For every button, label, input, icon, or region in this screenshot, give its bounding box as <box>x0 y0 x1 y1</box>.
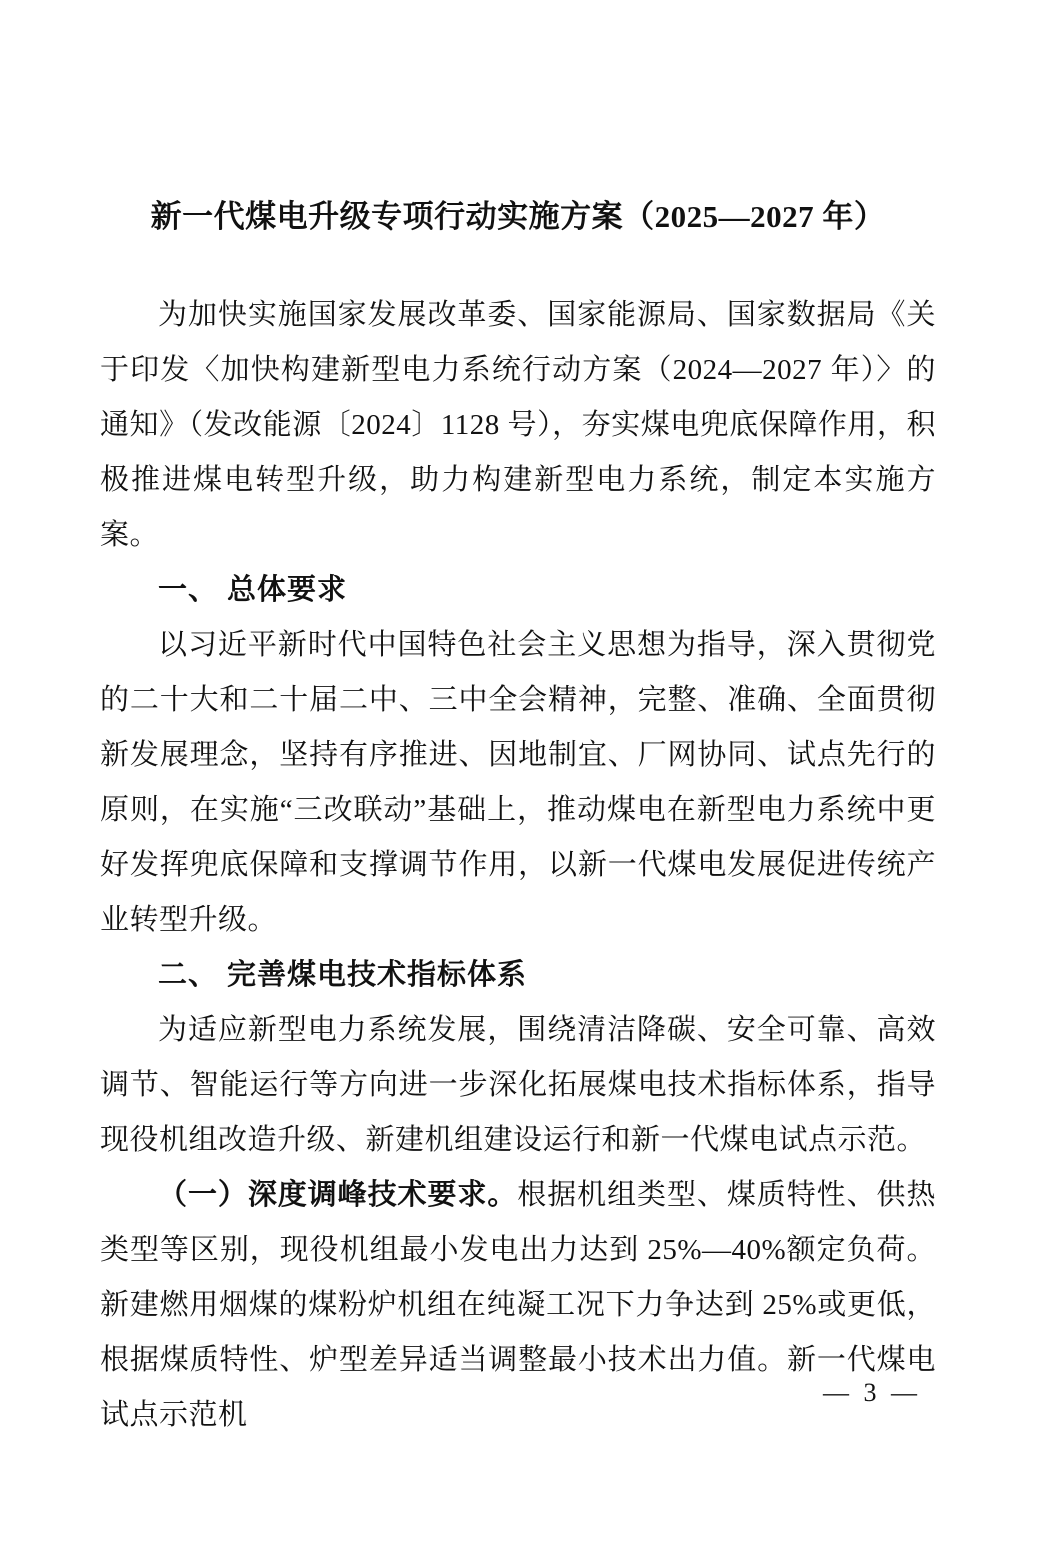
page-number: — 3 — <box>823 1378 921 1408</box>
section-1-paragraph: 以习近平新时代中国特色社会主义思想为指导，深入贯彻党的二十大和二十届二中、三中全… <box>100 618 936 948</box>
section-2-paragraph: 为适应新型电力系统发展，围绕清洁降碳、安全可靠、高效调节、智能运行等方向进一步深… <box>100 1003 936 1168</box>
section-1-heading: 一、 总体要求 <box>100 563 936 618</box>
section-2-subsection-paragraph: （一）深度调峰技术要求。根据机组类型、煤质特性、供热类型等区别，现役机组最小发电… <box>100 1168 936 1443</box>
document-title: 新一代煤电升级专项行动实施方案（2025—2027 年） <box>100 192 936 242</box>
document-page: 新一代煤电升级专项行动实施方案（2025—2027 年） 为加快实施国家发展改革… <box>0 0 1059 1557</box>
section-2-heading: 二、 完善煤电技术指标体系 <box>100 948 936 1003</box>
subsection-1-text: 根据机组类型、煤质特性、供热类型等区别，现役机组最小发电出力达到 25%—40%… <box>100 1179 936 1431</box>
subsection-1-lead: （一）深度调峰技术要求。 <box>158 1179 517 1211</box>
intro-paragraph: 为加快实施国家发展改革委、国家能源局、国家数据局《关于印发〈加快构建新型电力系统… <box>100 288 936 563</box>
document-content: 新一代煤电升级专项行动实施方案（2025—2027 年） 为加快实施国家发展改革… <box>100 0 936 1443</box>
